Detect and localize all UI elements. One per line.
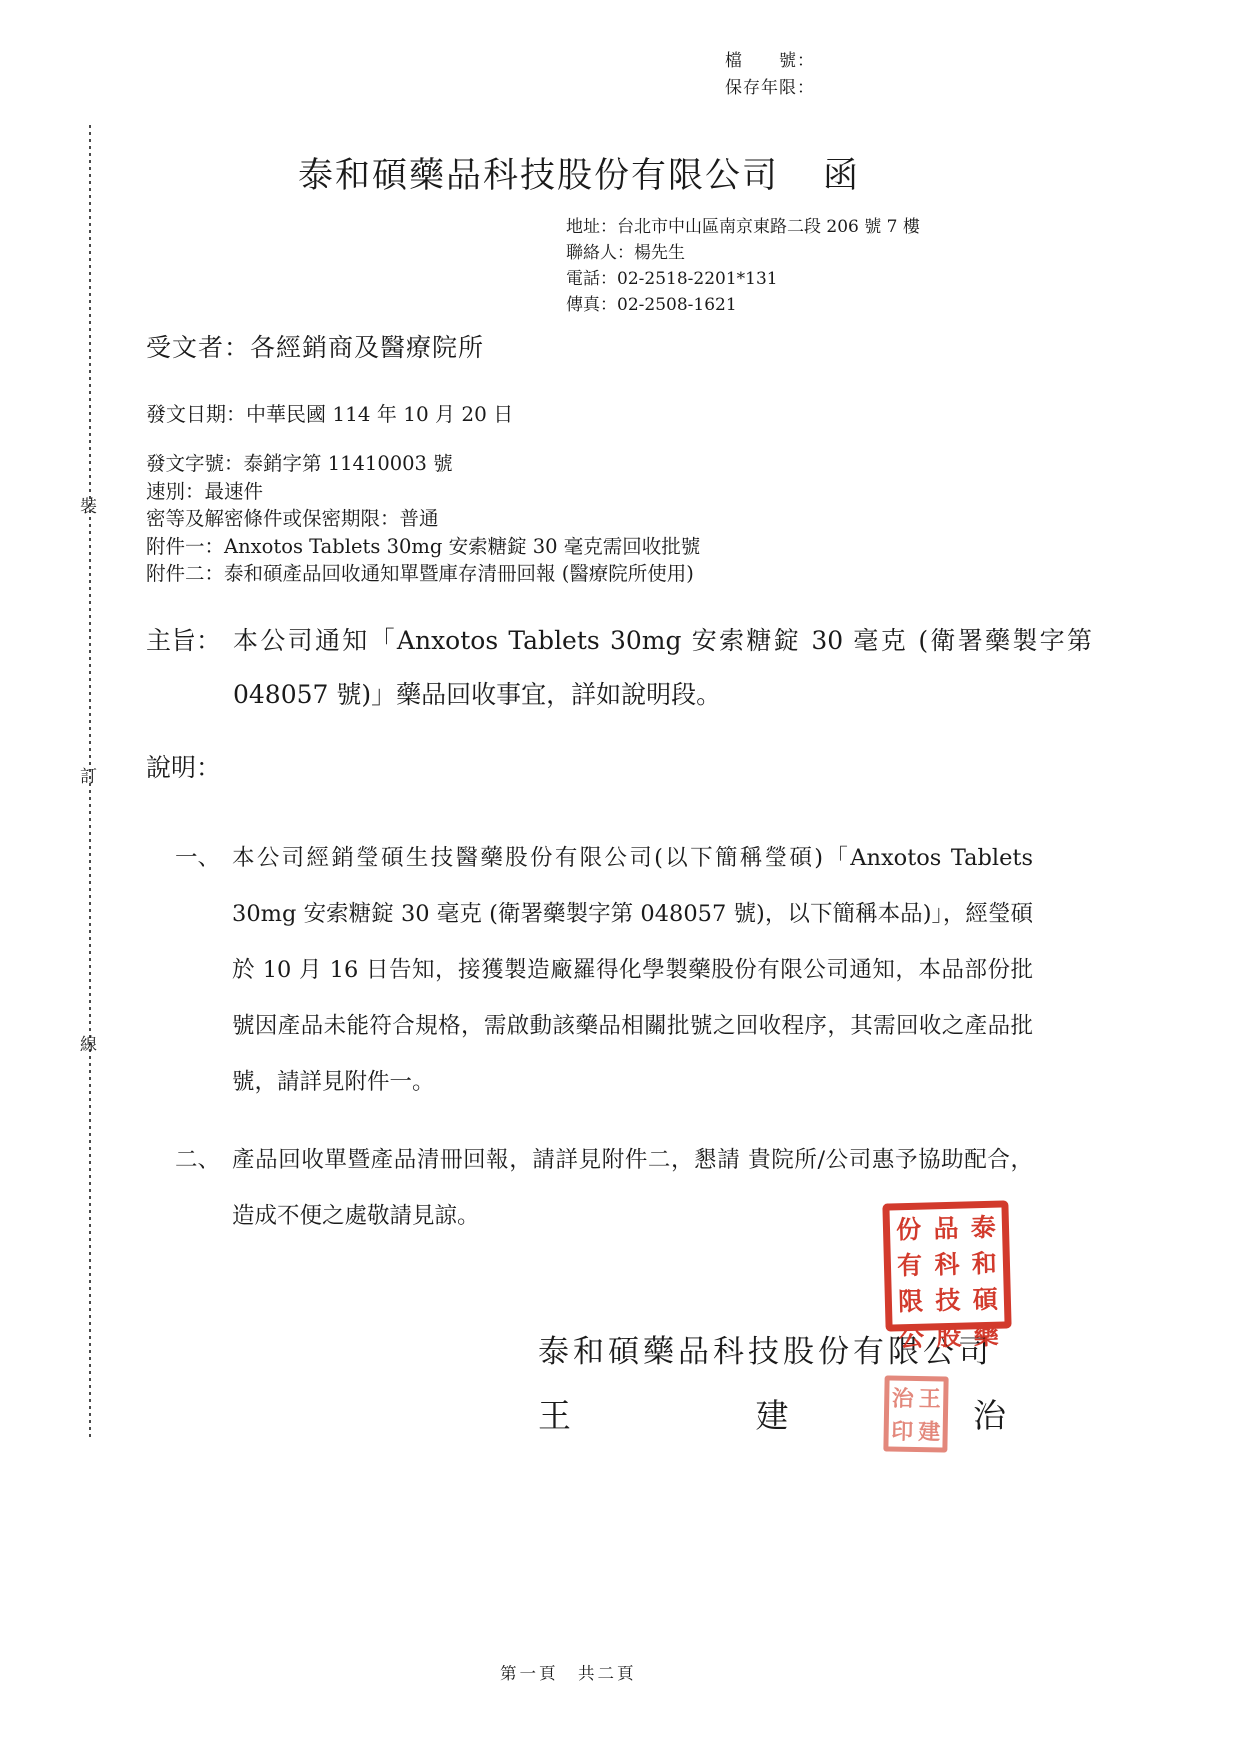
document-meta-block: 發文字號：泰銷字第 11410003 號 速別：最速件 密等及解密條件或保密期限… (146, 450, 700, 588)
sender-fax: 傳真：02-2508-1621 (566, 292, 920, 318)
binding-mark-zhuang: 裝 (80, 492, 97, 517)
company-seal-char: 份 (896, 1210, 922, 1247)
company-seal-stamp: 泰 和 碩 藥 品 科 技 股 份 有 限 公 (882, 1200, 1011, 1331)
signer-name-char: 建 (756, 1390, 789, 1437)
subject-section: 主旨： 本公司通知「Anxotos Tablets 30mg 安索糖錠 30 毫… (146, 614, 1092, 722)
security-line: 密等及解密條件或保密期限：普通 (146, 505, 700, 533)
company-seal-char: 和 (971, 1244, 997, 1281)
issue-date-line: 發文日期：中華民國 114 年 10 月 20 日 (146, 398, 513, 427)
sender-contact-person: 聯絡人：楊先生 (566, 240, 920, 266)
sender-contact-block: 地址：台北市中山區南京東路二段 206 號 7 樓 聯絡人：楊先生 電話：02-… (566, 214, 920, 318)
company-seal-char: 品 (933, 1209, 959, 1246)
recipient-line: 受文者：各經銷商及醫療院所 (146, 328, 484, 364)
binding-mark-ding: 訂 (80, 762, 97, 787)
company-seal-char: 股 (936, 1317, 962, 1354)
binding-mark-xian: 線 (80, 1030, 97, 1055)
company-seal-char: 公 (899, 1318, 925, 1355)
personal-seal-char: 印 (891, 1415, 914, 1446)
sender-phone: 電話：02-2518-2201*131 (566, 266, 920, 292)
subject-label: 主旨： (146, 614, 221, 668)
explanation-heading: 說明： (146, 748, 221, 784)
company-seal-char: 限 (898, 1282, 924, 1319)
official-letter-page-1: 檔 號： 保存年限： 泰和碩藥品科技股份有限公司函 地址：台北市中山區南京東路二… (0, 0, 1240, 1754)
item-1-text: 本公司經銷瑩碩生技醫藥股份有限公司(以下簡稱瑩碩)「Anxotos Tablet… (232, 830, 1033, 1110)
personal-seal-char: 王 (919, 1382, 942, 1413)
file-number-label: 檔 號： (725, 48, 815, 75)
company-seal-char: 泰 (970, 1208, 996, 1245)
personal-seal-char: 治 (892, 1382, 915, 1413)
signature-company-name: 泰和碩藥品科技股份有限公司 (538, 1326, 993, 1371)
subject-text: 本公司通知「Anxotos Tablets 30mg 安索糖錠 30 毫克 (衛… (233, 614, 1092, 722)
sender-address: 地址：台北市中山區南京東路二段 206 號 7 樓 (566, 214, 920, 240)
company-seal-char: 有 (897, 1246, 923, 1283)
attachment-2-line: 附件二：泰和碩產品回收通知單暨庫存清冊回報 (醫療院所使用) (146, 560, 700, 588)
attachment-1-line: 附件一：Anxotos Tablets 30mg 安索糖錠 30 毫克需回收批號 (146, 533, 700, 561)
file-number-block: 檔 號： 保存年限： (725, 48, 815, 102)
signer-name-char: 王 (538, 1390, 571, 1437)
signer-name-char: 治 (973, 1390, 1006, 1437)
company-seal-char: 科 (934, 1245, 960, 1282)
company-name-title: 泰和碩藥品科技股份有限公司 (298, 156, 779, 196)
company-seal-char: 藥 (973, 1316, 999, 1353)
personal-seal-char: 建 (918, 1415, 941, 1446)
priority-line: 速別：最速件 (146, 478, 700, 506)
document-type: 函 (823, 156, 860, 196)
body-item-1: 一、 本公司經銷瑩碩生技醫藥股份有限公司(以下簡稱瑩碩)「Anxotos Tab… (175, 830, 1033, 1110)
item-1-number: 一、 (175, 830, 220, 886)
page-footer: 第一頁 共二頁 (500, 1660, 637, 1684)
document-title: 泰和碩藥品科技股份有限公司函 (298, 148, 860, 198)
doc-number-line: 發文字號：泰銷字第 11410003 號 (146, 450, 700, 478)
personal-seal-stamp: 王 建 治 印 (883, 1375, 948, 1452)
company-seal-char: 碩 (972, 1280, 998, 1317)
company-seal-char: 技 (935, 1281, 961, 1318)
item-2-number: 二、 (175, 1132, 220, 1188)
retention-period-label: 保存年限： (725, 75, 815, 102)
